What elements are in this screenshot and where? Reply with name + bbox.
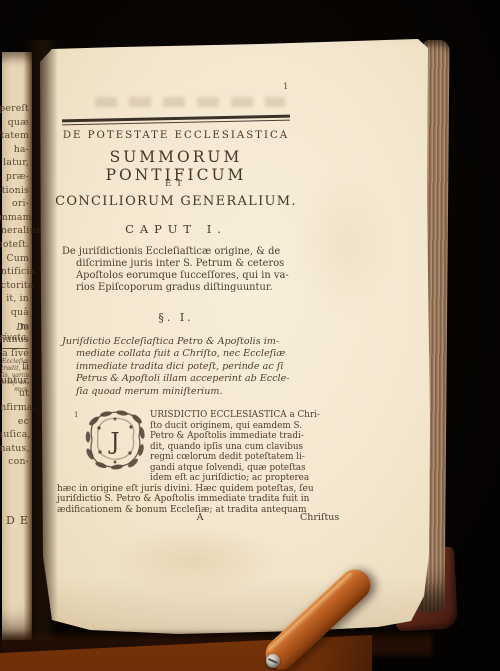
drop-cap-ornament: J [84,409,147,471]
gutter-shadow [24,40,58,640]
thesis-paragraph: Juriſdictio Eccleſiaſtica Petro & Apoſto… [62,336,322,398]
drop-cap-letter: J [108,429,119,455]
body-paragraph-column: URISDICTIO ECCLESIASTICA a Chri- ſto duc… [150,410,342,484]
book-photograph: pereſt quæ ſtatem ha- latur, præ- ctioni… [0,0,500,671]
ink-show-through [95,97,285,107]
book-page: 1 DE POTESTATE ECCLESIASTICA SUMMORUM PO… [0,0,500,671]
body-paragraph-full-width: hæc in origine eſt juris divini. Hæc qui… [57,484,343,515]
title-supertitle: DE POTESTATE ECCLESIASTICA [52,130,300,141]
page-stain [110,525,280,595]
chapter-argument: De juriſdictionis Eccleſiaſticæ origine,… [62,246,312,294]
section-mark: §. I. [52,311,300,324]
stand-screw [266,654,280,668]
catchword: Chriſtus [300,512,339,523]
title-subtitle: CONCILIORUM GENERALIUM. [52,194,300,209]
paragraph-number: 1 [74,411,78,419]
title-conjunction: ET [52,179,300,189]
chapter-heading: CAPUT I. [52,222,300,236]
double-rule-divider [62,115,290,126]
page-stain [295,170,395,320]
page-number: 1 [283,82,288,92]
